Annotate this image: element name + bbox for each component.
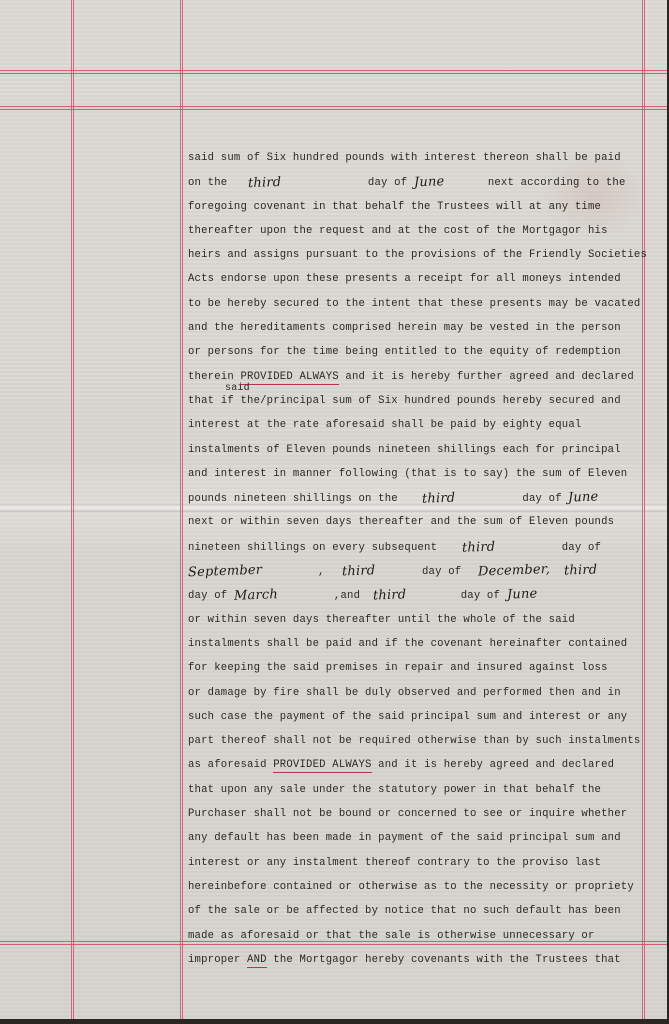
line-text: pounds nineteen shillings on the [188, 493, 398, 505]
inserted-word: said [225, 377, 250, 401]
underlined-proviso: PROVIDED ALWAYS [240, 371, 338, 385]
line-text: day of [522, 493, 561, 505]
line-text: improper [188, 954, 240, 966]
line-text: thereafter upon the request and at the c… [188, 225, 608, 237]
line-text: on the [188, 177, 227, 189]
underlined-proviso: PROVIDED ALWAYS [273, 759, 371, 773]
handwritten-day: third [461, 533, 562, 561]
line-text: that if the/principal sum of Six hundred… [188, 395, 621, 407]
handwritten-month: June [413, 169, 488, 196]
text-line: heirs and assigns pursuant to the provis… [188, 243, 658, 267]
line-text: Purchaser shall not be bound or concerne… [188, 808, 627, 820]
text-line: September,thirdday of December,third [188, 559, 658, 583]
text-line: instalments shall be paid and if the cov… [188, 632, 658, 656]
handwritten-month: September [188, 557, 319, 586]
text-line: and interest in manner following (that i… [188, 462, 658, 486]
line-text: day of [562, 542, 601, 554]
line-text: heirs and assigns pursuant to the provis… [188, 249, 647, 261]
text-line: made as aforesaid or that the sale is ot… [188, 924, 658, 948]
line-text: day of [461, 590, 500, 602]
text-line: day of March,and thirdday of June [188, 583, 658, 607]
line-text: next or within seven days thereafter and… [188, 516, 614, 528]
handwritten-month: December, [478, 558, 565, 585]
text-line: or within seven days thereafter until th… [188, 608, 658, 632]
text-line: improper AND the Mortgagor hereby covena… [188, 948, 658, 972]
text-line: thereafter upon the request and at the c… [188, 219, 658, 243]
line-text: instalments shall be paid and if the cov… [188, 638, 627, 650]
text-line: and the hereditaments comprised herein m… [188, 316, 658, 340]
header-rule-top [0, 70, 667, 74]
line-text: to be hereby secured to the intent that … [188, 298, 640, 310]
text-line: or persons for the time being entitled t… [188, 340, 658, 364]
margin-rule-left-outer [71, 0, 74, 1019]
handwritten-month: June [506, 583, 537, 608]
text-line: interest at the rate aforesaid shall be … [188, 413, 658, 437]
line-text: such case the payment of the said princi… [188, 711, 627, 723]
line-text: and it is hereby agreed and declared [378, 759, 614, 771]
text-line: saidthat if the/principal sum of Six hun… [188, 389, 658, 413]
line-text: Acts endorse upon these presents a recei… [188, 273, 621, 285]
text-line: to be hereby secured to the intent that … [188, 292, 658, 316]
line-text: and the hereditaments comprised herein m… [188, 322, 621, 334]
line-text: made as aforesaid or that the sale is ot… [188, 930, 595, 942]
text-line: such case the payment of the said princi… [188, 705, 658, 729]
handwritten-day: third [422, 484, 523, 512]
text-line: said sum of Six hundred pounds with inte… [188, 146, 658, 170]
text-line: interest or any instalment thereof contr… [188, 851, 658, 875]
line-text: part thereof shall not be required other… [188, 735, 640, 747]
text-line: foregoing covenant in that behalf the Tr… [188, 195, 658, 219]
line-text: hereinbefore contained or otherwise as t… [188, 881, 634, 893]
document-body: said sum of Six hundred pounds with inte… [188, 146, 658, 972]
line-text: day of [422, 566, 461, 578]
text-line: any default has been made in payment of … [188, 826, 658, 850]
text-line: on the thirdday of Junenext according to… [188, 170, 658, 194]
line-text: next according to the [488, 177, 626, 189]
text-line: Purchaser shall not be bound or concerne… [188, 802, 658, 826]
text-line: part thereof shall not be required other… [188, 729, 658, 753]
text-line: Acts endorse upon these presents a recei… [188, 267, 658, 291]
line-text: for keeping the said premises in repair … [188, 662, 608, 674]
text-line: pounds nineteen shillings on the thirdda… [188, 486, 658, 510]
line-text: or within seven days thereafter until th… [188, 614, 575, 626]
header-rule-bottom [0, 106, 667, 110]
underlined-conjunction: AND [247, 954, 267, 968]
text-line: of the sale or be affected by notice tha… [188, 899, 658, 923]
line-text: the Mortgagor hereby covenants with the … [273, 954, 621, 966]
text-line: or damage by fire shall be duly observed… [188, 681, 658, 705]
line-text: day of [368, 177, 407, 189]
margin-rule-left-inner [180, 0, 183, 1019]
text-line: next or within seven days thereafter and… [188, 510, 658, 534]
text-line: nineteen shillings on every subsequent t… [188, 535, 658, 559]
text-line: instalments of Eleven pounds nineteen sh… [188, 438, 658, 462]
line-text: ,and [334, 590, 360, 602]
line-text: any default has been made in payment of … [188, 832, 621, 844]
handwritten-day: third [342, 558, 423, 585]
line-text: and interest in manner following (that i… [188, 468, 627, 480]
line-text: interest or any instalment thereof contr… [188, 857, 601, 869]
document-page: said sum of Six hundred pounds with inte… [0, 0, 667, 1019]
line-text: that upon any sale under the statutory p… [188, 784, 601, 796]
handwritten-month: March [234, 582, 335, 610]
handwritten-day: third [372, 582, 461, 609]
handwritten-day: third [248, 168, 369, 196]
text-line: therein PROVIDED ALWAYS and it is hereby… [188, 365, 658, 389]
handwritten-day: third [563, 558, 597, 583]
handwritten-month: June [568, 486, 599, 511]
line-text: and it is hereby further agreed and decl… [345, 371, 634, 383]
text-line: hereinbefore contained or otherwise as t… [188, 875, 658, 899]
line-text: or persons for the time being entitled t… [188, 346, 621, 358]
line-text: as aforesaid [188, 759, 267, 771]
text-line: that upon any sale under the statutory p… [188, 778, 658, 802]
line-text: instalments of Eleven pounds nineteen sh… [188, 444, 621, 456]
line-text: or damage by fire shall be duly observed… [188, 687, 621, 699]
line-text: foregoing covenant in that behalf the Tr… [188, 201, 601, 213]
text-line: for keeping the said premises in repair … [188, 656, 658, 680]
line-text: said sum of Six hundred pounds with inte… [188, 152, 621, 164]
line-text: interest at the rate aforesaid shall be … [188, 419, 581, 431]
line-text: of the sale or be affected by notice tha… [188, 905, 621, 917]
line-text: day of [188, 590, 227, 602]
text-line: as aforesaid PROVIDED ALWAYS and it is h… [188, 753, 658, 777]
line-text: nineteen shillings on every subsequent [188, 542, 437, 554]
